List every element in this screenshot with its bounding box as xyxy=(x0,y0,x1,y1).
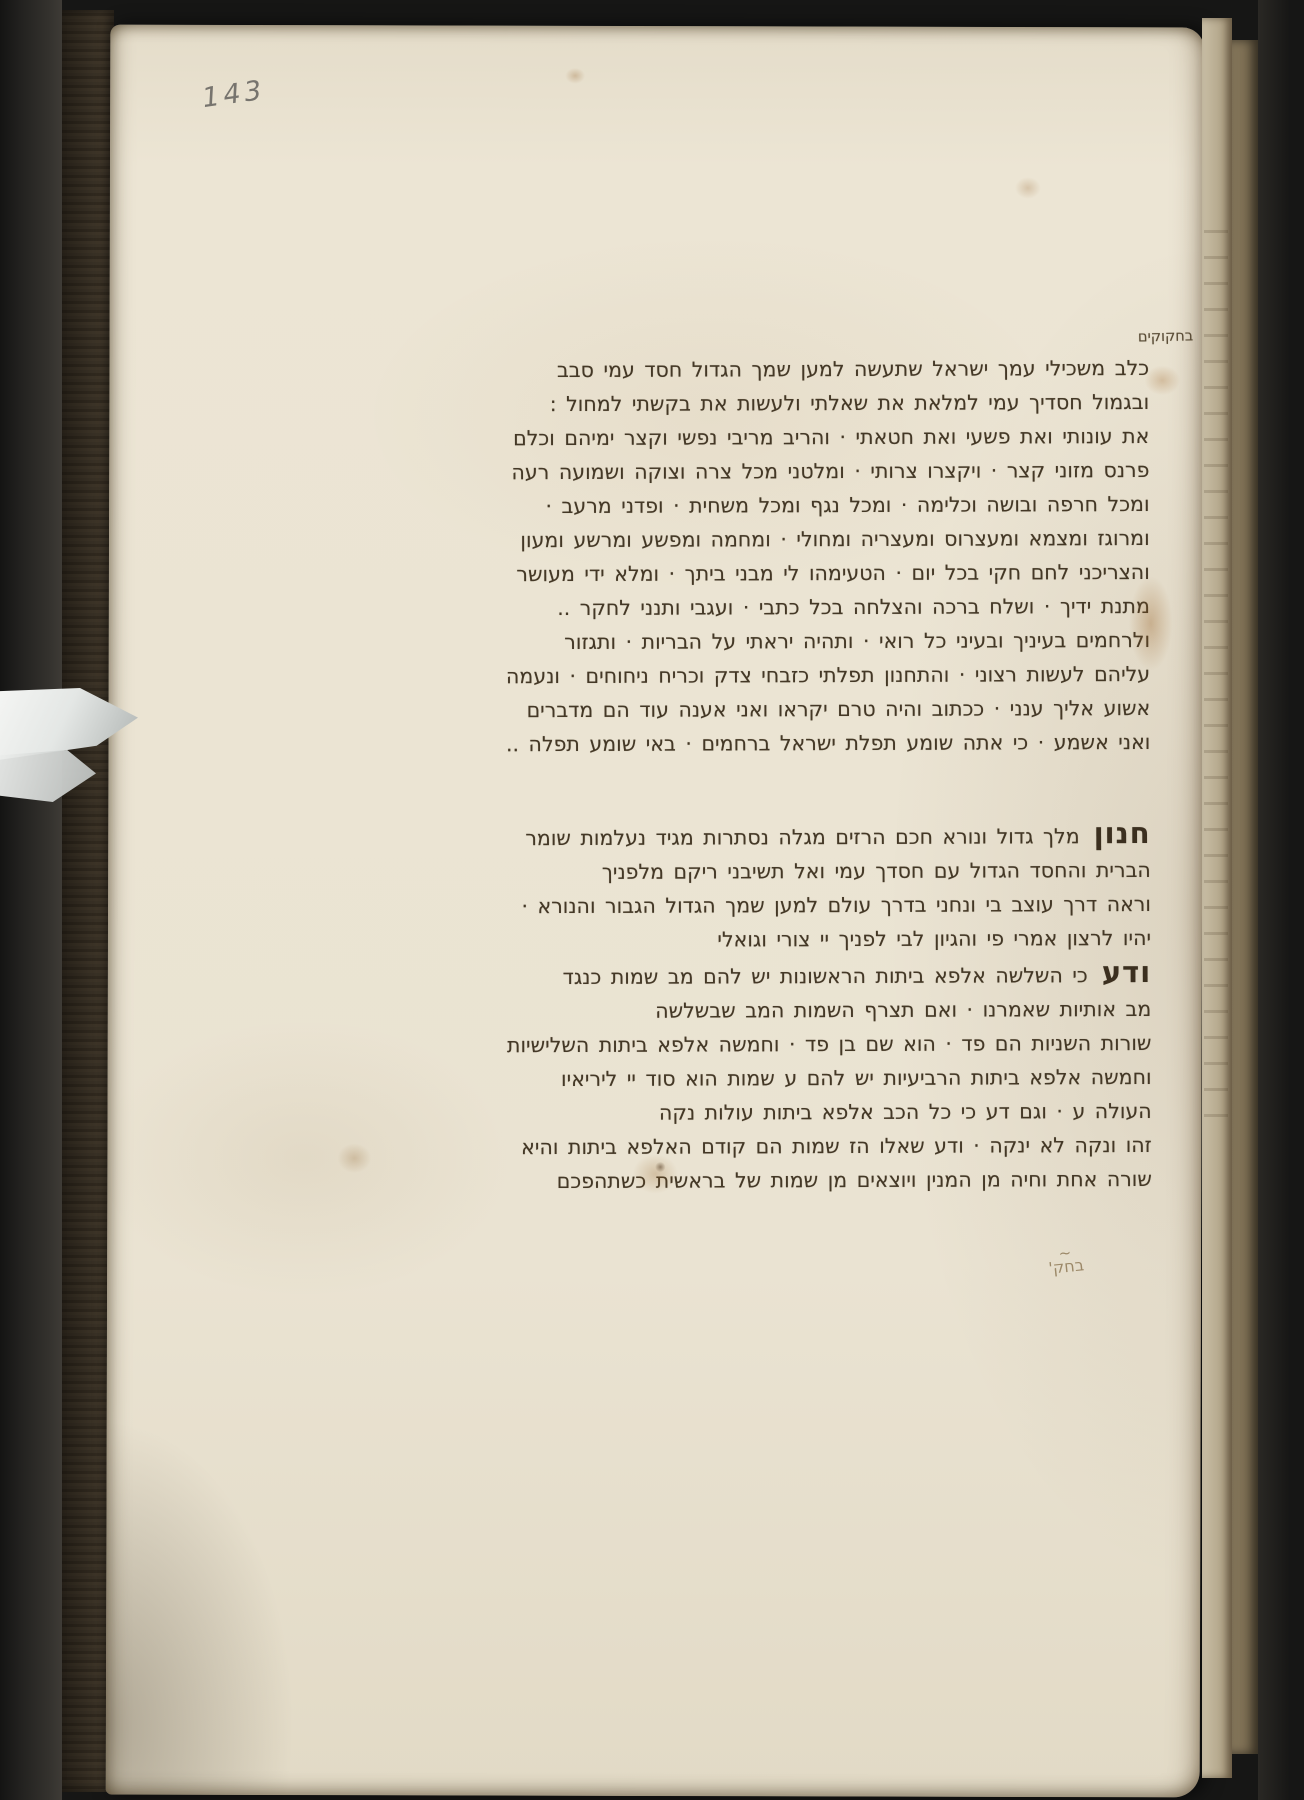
page-marker-clip xyxy=(0,688,138,806)
text-line: ואני אשמע · כי אתה שומע תפלת ישראל ברחמי… xyxy=(388,725,1150,762)
text-line: וראה דרך עוצב בי ונחני בדרך עולם למען שמ… xyxy=(389,887,1151,924)
text-line: זהו ונקה לא ינקה · ודע שאלו הז שמות הם ק… xyxy=(390,1128,1152,1165)
text-line: וחמשה אלפא ביתות הרביעיות יש להם ע שמות … xyxy=(389,1060,1151,1097)
text-line: ומכל חרפה ובושה וכלימה · ומכל נגף ומכל מ… xyxy=(387,487,1149,524)
stain xyxy=(565,68,585,84)
text-block: בחקוקים כלב משכילי עמך ישראל שתעשה למען … xyxy=(387,313,1152,1199)
text-line: אשוע אליך ענני · ככתוב והיה טרם יקראו וא… xyxy=(388,691,1150,728)
manuscript-page: 143 בחקוקים כלב משכילי עמך ישראל שתעשה ל… xyxy=(106,25,1205,1798)
text-line: חנון מלך גדול ונורא חכם הרזים מגלה נסתרו… xyxy=(389,816,1151,856)
text-line: הברית והחסד הגדול עם חסדך עמי ואל תשיבני… xyxy=(389,853,1151,890)
stain xyxy=(337,1143,371,1173)
text-line: שורה אחת וחיה מן המנין ויוצאים מן שמות ש… xyxy=(390,1162,1152,1199)
text-line: כלב משכילי עמך ישראל שתעשה למען שמך הגדו… xyxy=(387,351,1149,388)
text-line: פרנס מזוני קצר · ויקצרו צרותי · ומלטני מ… xyxy=(387,453,1149,490)
paragraph-initial-word: חנון xyxy=(1080,816,1151,850)
photo-background: 143 בחקוקים כלב משכילי עמך ישראל שתעשה ל… xyxy=(0,0,1304,1800)
catchword: ~ בחק' xyxy=(1046,1247,1084,1277)
stain xyxy=(1144,365,1180,395)
text-line: עליהם לעשות רצוני · והתחנון תפלתי כזבחי … xyxy=(388,657,1150,694)
paragraph: ודע כי השלשה אלפא ביתות הראשונות יש להם … xyxy=(389,955,1152,1199)
gutter-shadow xyxy=(1232,40,1258,1754)
text-line: ומרוגז ומצמא ומעצרוס ומעצריה ומחולי · ומ… xyxy=(388,521,1150,558)
facing-page-text-fragments xyxy=(1204,230,1228,1130)
catchword-text: בחק' xyxy=(1047,1255,1084,1278)
right-dark-background xyxy=(1258,0,1304,1800)
stain xyxy=(1015,177,1041,199)
text-line: ובגמול חסדיך עמי למלאת את שאלתי ולעשות א… xyxy=(387,385,1149,422)
paragraph: חנון מלך גדול ונורא חכם הרזים מגלה נסתרו… xyxy=(389,816,1151,958)
folio-number: 143 xyxy=(200,75,267,114)
text-line: יהיו לרצון אמרי פי והגיון לבי לפניך יי צ… xyxy=(389,921,1151,958)
text-line: ודע כי השלשה אלפא ביתות הראשונות יש להם … xyxy=(389,955,1151,995)
text-line: העולה ע · וגם דע כי כל הכב אלפא ביתות עו… xyxy=(390,1094,1152,1131)
book-spine xyxy=(0,0,62,1800)
clip-tip xyxy=(0,750,96,802)
margin-note: בחקוקים xyxy=(1137,319,1193,354)
paragraph-initial-word: ודע xyxy=(1088,955,1152,989)
text-line: ולרחמים בעיניך ובעיני כל רואי · ותהיה יר… xyxy=(388,623,1150,660)
paragraph: כלב משכילי עמך ישראל שתעשה למען שמך הגדו… xyxy=(387,351,1150,762)
text-line: והצריכני לחם חקי בכל יום · הטעימהו לי מב… xyxy=(388,555,1150,592)
text-line: שורות השניות הם פד · הוא שם בן פד · וחמש… xyxy=(389,1026,1151,1063)
text-line: מתנת ידיך · ושלח ברכה והצלחה בכל כתבי · … xyxy=(388,589,1150,626)
text-line: את עונותי ואת פשעי ואת חטאתי · והריב מרי… xyxy=(387,419,1149,456)
text-line: מב אותיות שאמרנו · ואם תצרף השמות המב שב… xyxy=(389,992,1151,1029)
